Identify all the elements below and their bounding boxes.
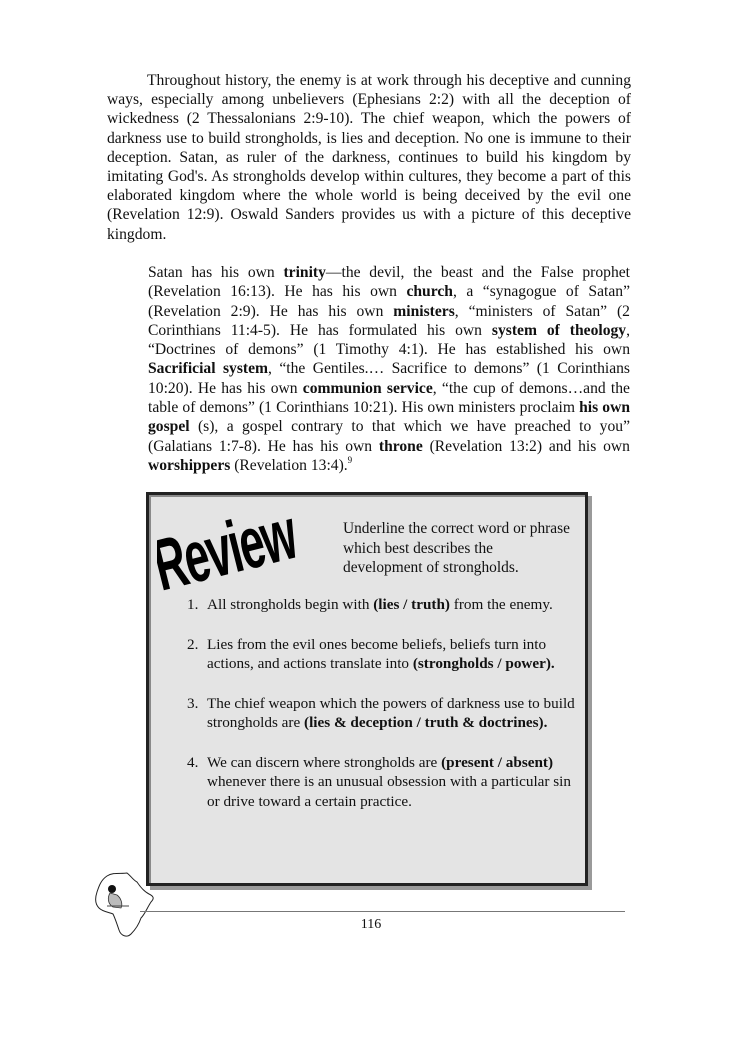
question-text: The chief weapon which the powers of dar… bbox=[207, 694, 579, 733]
question-number: 1. bbox=[187, 595, 198, 615]
bold-term: church bbox=[406, 283, 453, 300]
text-run: Satan has his own bbox=[148, 264, 283, 281]
review-question-list: 1.All strongholds begin with (lies / tru… bbox=[149, 595, 585, 831]
block-quote-text: Satan has his own trinity—the devil, the… bbox=[148, 264, 630, 474]
question-text: All strongholds begin with (lies / truth… bbox=[207, 595, 579, 615]
question-number: 2. bbox=[187, 635, 198, 655]
question-text: We can discern where strongholds are (pr… bbox=[207, 753, 579, 812]
bold-term: throne bbox=[379, 438, 423, 455]
text-run: All strongholds begin with bbox=[207, 596, 373, 613]
bold-term: system of theology bbox=[492, 322, 626, 339]
question-text: Lies from the evil ones become beliefs, … bbox=[207, 635, 579, 674]
body-paragraph-text: Throughout history, the enemy is at work… bbox=[107, 72, 631, 243]
text-run: (Revelation 13:4). bbox=[230, 457, 347, 474]
text-run: (Revelation 13:2) and his own bbox=[423, 438, 630, 455]
body-paragraph: Throughout history, the enemy is at work… bbox=[107, 71, 631, 244]
review-title: Review bbox=[157, 513, 306, 593]
review-question: 4.We can discern where strongholds are (… bbox=[149, 753, 585, 812]
bold-term: Sacrificial system bbox=[148, 360, 268, 377]
question-number: 4. bbox=[187, 753, 198, 773]
review-instructions: Underline the correct word or phrase whi… bbox=[343, 519, 573, 578]
review-title-graphic: Review bbox=[157, 513, 327, 593]
text-run: whenever there is an unusual obsession w… bbox=[207, 773, 571, 810]
review-question: 1.All strongholds begin with (lies / tru… bbox=[149, 595, 585, 615]
bold-term: trinity bbox=[283, 264, 325, 281]
footer-divider bbox=[140, 911, 625, 912]
bold-term: (lies & deception / truth & doctrines). bbox=[304, 714, 547, 731]
bold-term: worshippers bbox=[148, 457, 230, 474]
footnote-marker: 9 bbox=[348, 455, 353, 465]
review-box: Review Underline the correct word or phr… bbox=[146, 492, 588, 886]
text-run: We can discern where strongholds are bbox=[207, 754, 441, 771]
bold-term: (strongholds / power). bbox=[413, 655, 555, 672]
bold-term: (present / absent) bbox=[441, 754, 553, 771]
bold-term: communion service bbox=[303, 380, 433, 397]
review-question: 2.Lies from the evil ones become beliefs… bbox=[149, 635, 585, 674]
bold-term: (lies / truth) bbox=[373, 596, 450, 613]
text-run: from the enemy. bbox=[450, 596, 553, 613]
question-number: 3. bbox=[187, 694, 198, 714]
review-question: 3.The chief weapon which the powers of d… bbox=[149, 694, 585, 733]
page-number: 116 bbox=[356, 917, 386, 933]
block-quote: Satan has his own trinity—the devil, the… bbox=[148, 263, 630, 475]
africa-map-icon bbox=[93, 870, 159, 940]
bold-term: ministers bbox=[393, 303, 455, 320]
